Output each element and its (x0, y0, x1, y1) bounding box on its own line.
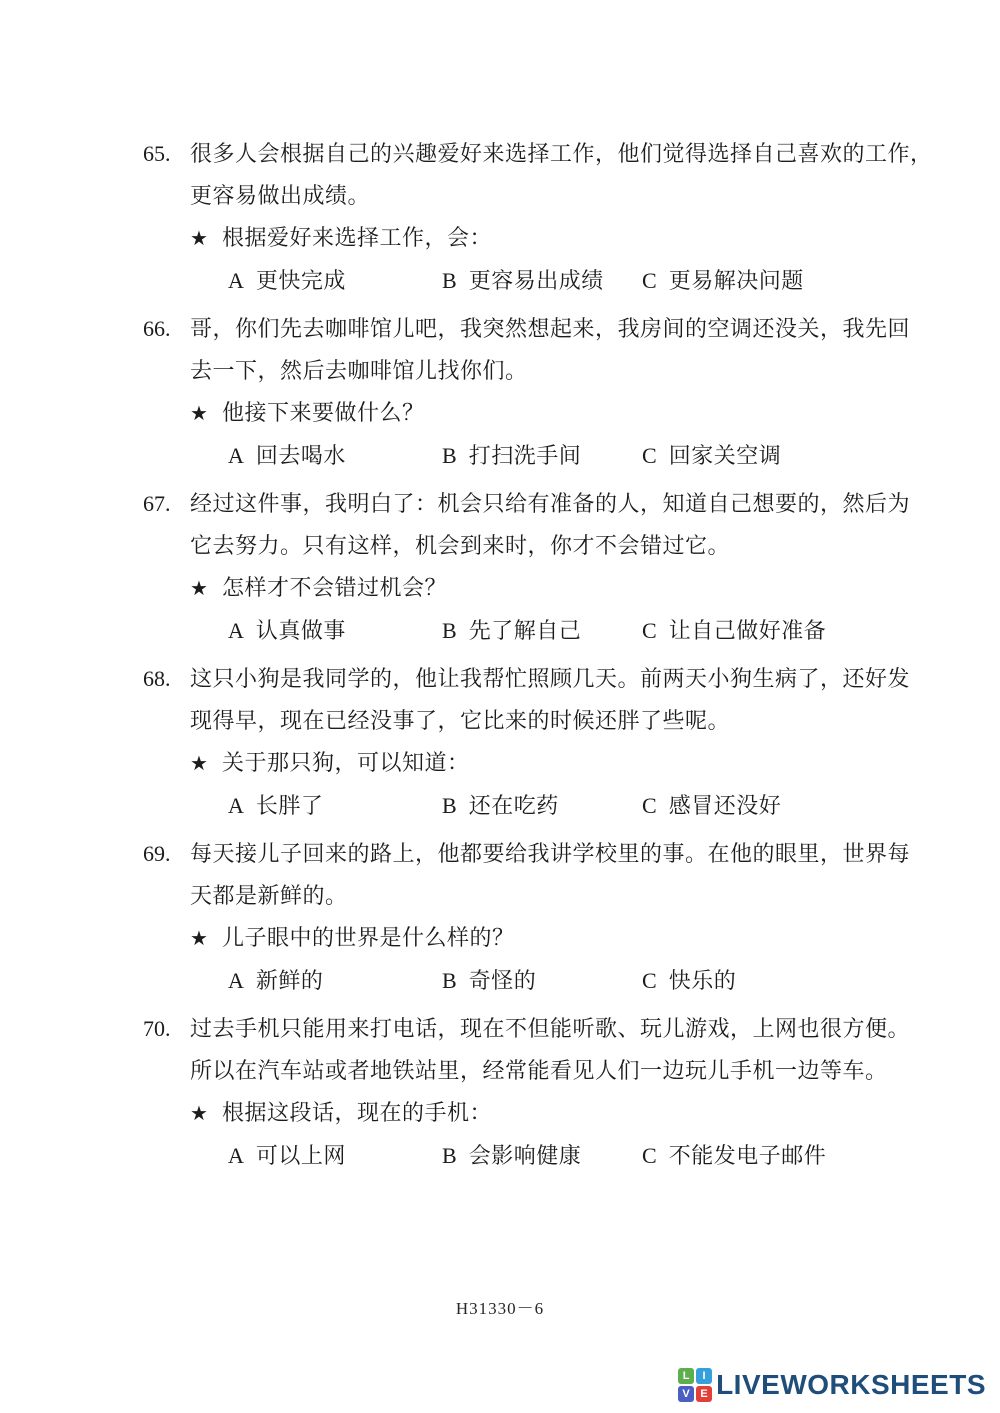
question-prompt: 关于那只狗，可以知道： (222, 750, 470, 775)
option-c[interactable]: C更易解决问题 (642, 260, 855, 302)
star-icon: ★ (190, 393, 212, 435)
option-a[interactable]: A新鲜的 (228, 960, 442, 1002)
options-row: A认真做事 B先了解自己 C让自己做好准备 (228, 610, 855, 652)
question-70: 70. 过去手机只能用来打电话，现在不但能听歌、玩儿游戏，上网也很方便。 所以在… (0, 1008, 1000, 1177)
question-65: 65. 很多人会根据自己的兴趣爱好来选择工作，他们觉得选择自己喜欢的工作， 更容… (0, 133, 1000, 302)
passage-line: 它去努力。只有这样，机会到来时，你才不会错过它。 (190, 525, 855, 567)
passage-line: 去一下，然后去咖啡馆儿找你们。 (190, 350, 855, 392)
page-code: H31330－6 (0, 1294, 1000, 1319)
option-c[interactable]: C不能发电子邮件 (642, 1135, 855, 1177)
liveworksheets-tiles-icon: L I V E (678, 1368, 712, 1402)
question-number: 68. (143, 658, 171, 700)
question-prompt: 根据爱好来选择工作，会： (222, 225, 492, 250)
option-label: A (228, 260, 244, 302)
tile-l-icon: L (678, 1368, 694, 1384)
passage-line: 哥，你们先去咖啡馆儿吧，我突然想起来，我房间的空调还没关，我先回 (190, 308, 855, 350)
question-prompt: 儿子眼中的世界是什么样的？ (222, 925, 515, 950)
star-icon: ★ (190, 1093, 212, 1135)
star-icon: ★ (190, 743, 212, 785)
option-label: A (228, 960, 244, 1002)
passage-line: 这只小狗是我同学的，他让我帮忙照顾几天。前两天小狗生病了，还好发 (190, 658, 855, 700)
question-68: 68. 这只小狗是我同学的，他让我帮忙照顾几天。前两天小狗生病了，还好发 现得早… (0, 658, 1000, 827)
option-label: C (642, 1135, 657, 1177)
option-text: 认真做事 (256, 618, 346, 643)
option-text: 奇怪的 (469, 968, 537, 993)
option-text: 更快完成 (256, 268, 346, 293)
question-prompt: 根据这段话，现在的手机： (222, 1100, 492, 1125)
option-label: B (442, 260, 457, 302)
worksheet-page: 65. 很多人会根据自己的兴趣爱好来选择工作，他们觉得选择自己喜欢的工作， 更容… (0, 133, 1000, 1183)
tile-v-icon: V (678, 1386, 694, 1402)
option-text: 打扫洗手间 (469, 443, 582, 468)
option-b[interactable]: B还在吃药 (442, 785, 642, 827)
option-text: 会影响健康 (469, 1143, 582, 1168)
option-label: C (642, 260, 657, 302)
tile-i-icon: I (696, 1368, 712, 1384)
option-text: 快乐的 (669, 968, 737, 993)
question-67: 67. 经过这件事，我明白了：机会只给有准备的人，知道自己想要的，然后为 它去努… (0, 483, 1000, 652)
options-row: A可以上网 B会影响健康 C不能发电子邮件 (228, 1135, 855, 1177)
option-b[interactable]: B会影响健康 (442, 1135, 642, 1177)
option-label: C (642, 610, 657, 652)
option-label: A (228, 610, 244, 652)
option-text: 先了解自己 (469, 618, 582, 643)
passage-line: 所以在汽车站或者地铁站里，经常能看见人们一边玩儿手机一边等车。 (190, 1050, 855, 1092)
question-prompt: 他接下来要做什么？ (222, 400, 425, 425)
passage-line: 天都是新鲜的。 (190, 875, 855, 917)
options-row: A更快完成 B更容易出成绩 C更易解决问题 (228, 260, 855, 302)
question-66: 66. 哥，你们先去咖啡馆儿吧，我突然想起来，我房间的空调还没关，我先回 去一下… (0, 308, 1000, 477)
question-number: 66. (143, 308, 171, 350)
options-row: A新鲜的 B奇怪的 C快乐的 (228, 960, 855, 1002)
option-text: 让自己做好准备 (669, 618, 827, 643)
option-a[interactable]: A长胖了 (228, 785, 442, 827)
option-text: 还在吃药 (469, 793, 559, 818)
star-icon: ★ (190, 218, 212, 260)
option-text: 可以上网 (256, 1143, 346, 1168)
option-b[interactable]: B更容易出成绩 (442, 260, 642, 302)
question-number: 69. (143, 833, 171, 875)
passage-line: 过去手机只能用来打电话，现在不但能听歌、玩儿游戏，上网也很方便。 (190, 1008, 855, 1050)
options-row: A长胖了 B还在吃药 C感冒还没好 (228, 785, 855, 827)
option-text: 回家关空调 (669, 443, 782, 468)
option-label: C (642, 960, 657, 1002)
option-label: A (228, 1135, 244, 1177)
option-label: B (442, 1135, 457, 1177)
star-icon: ★ (190, 568, 212, 610)
option-a[interactable]: A更快完成 (228, 260, 442, 302)
option-b[interactable]: B先了解自己 (442, 610, 642, 652)
option-text: 不能发电子邮件 (669, 1143, 827, 1168)
option-text: 新鲜的 (256, 968, 324, 993)
question-number: 65. (143, 133, 171, 175)
option-label: B (442, 960, 457, 1002)
option-text: 感冒还没好 (669, 793, 782, 818)
question-number: 70. (143, 1008, 171, 1050)
question-number: 67. (143, 483, 171, 525)
option-label: C (642, 785, 657, 827)
option-label: A (228, 435, 244, 477)
option-text: 长胖了 (256, 793, 324, 818)
option-c[interactable]: C回家关空调 (642, 435, 855, 477)
passage-line: 现得早，现在已经没事了，它比来的时候还胖了些呢。 (190, 700, 855, 742)
option-label: C (642, 435, 657, 477)
option-text: 更易解决问题 (669, 268, 804, 293)
option-c[interactable]: C快乐的 (642, 960, 855, 1002)
option-b[interactable]: B奇怪的 (442, 960, 642, 1002)
option-label: B (442, 610, 457, 652)
option-label: B (442, 435, 457, 477)
liveworksheets-logo[interactable]: L I V E LIVEWORKSHEETS (678, 1368, 986, 1402)
option-text: 更容易出成绩 (469, 268, 604, 293)
option-text: 回去喝水 (256, 443, 346, 468)
option-label: B (442, 785, 457, 827)
option-b[interactable]: B打扫洗手间 (442, 435, 642, 477)
star-icon: ★ (190, 918, 212, 960)
option-c[interactable]: C感冒还没好 (642, 785, 855, 827)
passage-line: 经过这件事，我明白了：机会只给有准备的人，知道自己想要的，然后为 (190, 483, 855, 525)
option-a[interactable]: A认真做事 (228, 610, 442, 652)
passage-line: 每天接儿子回来的路上，他都要给我讲学校里的事。在他的眼里，世界每 (190, 833, 855, 875)
liveworksheets-wordmark: LIVEWORKSHEETS (716, 1369, 986, 1401)
option-a[interactable]: A可以上网 (228, 1135, 442, 1177)
question-69: 69. 每天接儿子回来的路上，他都要给我讲学校里的事。在他的眼里，世界每 天都是… (0, 833, 1000, 1002)
option-c[interactable]: C让自己做好准备 (642, 610, 855, 652)
tile-e-icon: E (696, 1386, 712, 1402)
option-a[interactable]: A回去喝水 (228, 435, 442, 477)
passage-line: 更容易做出成绩。 (190, 175, 855, 217)
passage-line: 很多人会根据自己的兴趣爱好来选择工作，他们觉得选择自己喜欢的工作， (190, 133, 855, 175)
options-row: A回去喝水 B打扫洗手间 C回家关空调 (228, 435, 855, 477)
option-label: A (228, 785, 244, 827)
question-prompt: 怎样才不会错过机会？ (222, 575, 447, 600)
